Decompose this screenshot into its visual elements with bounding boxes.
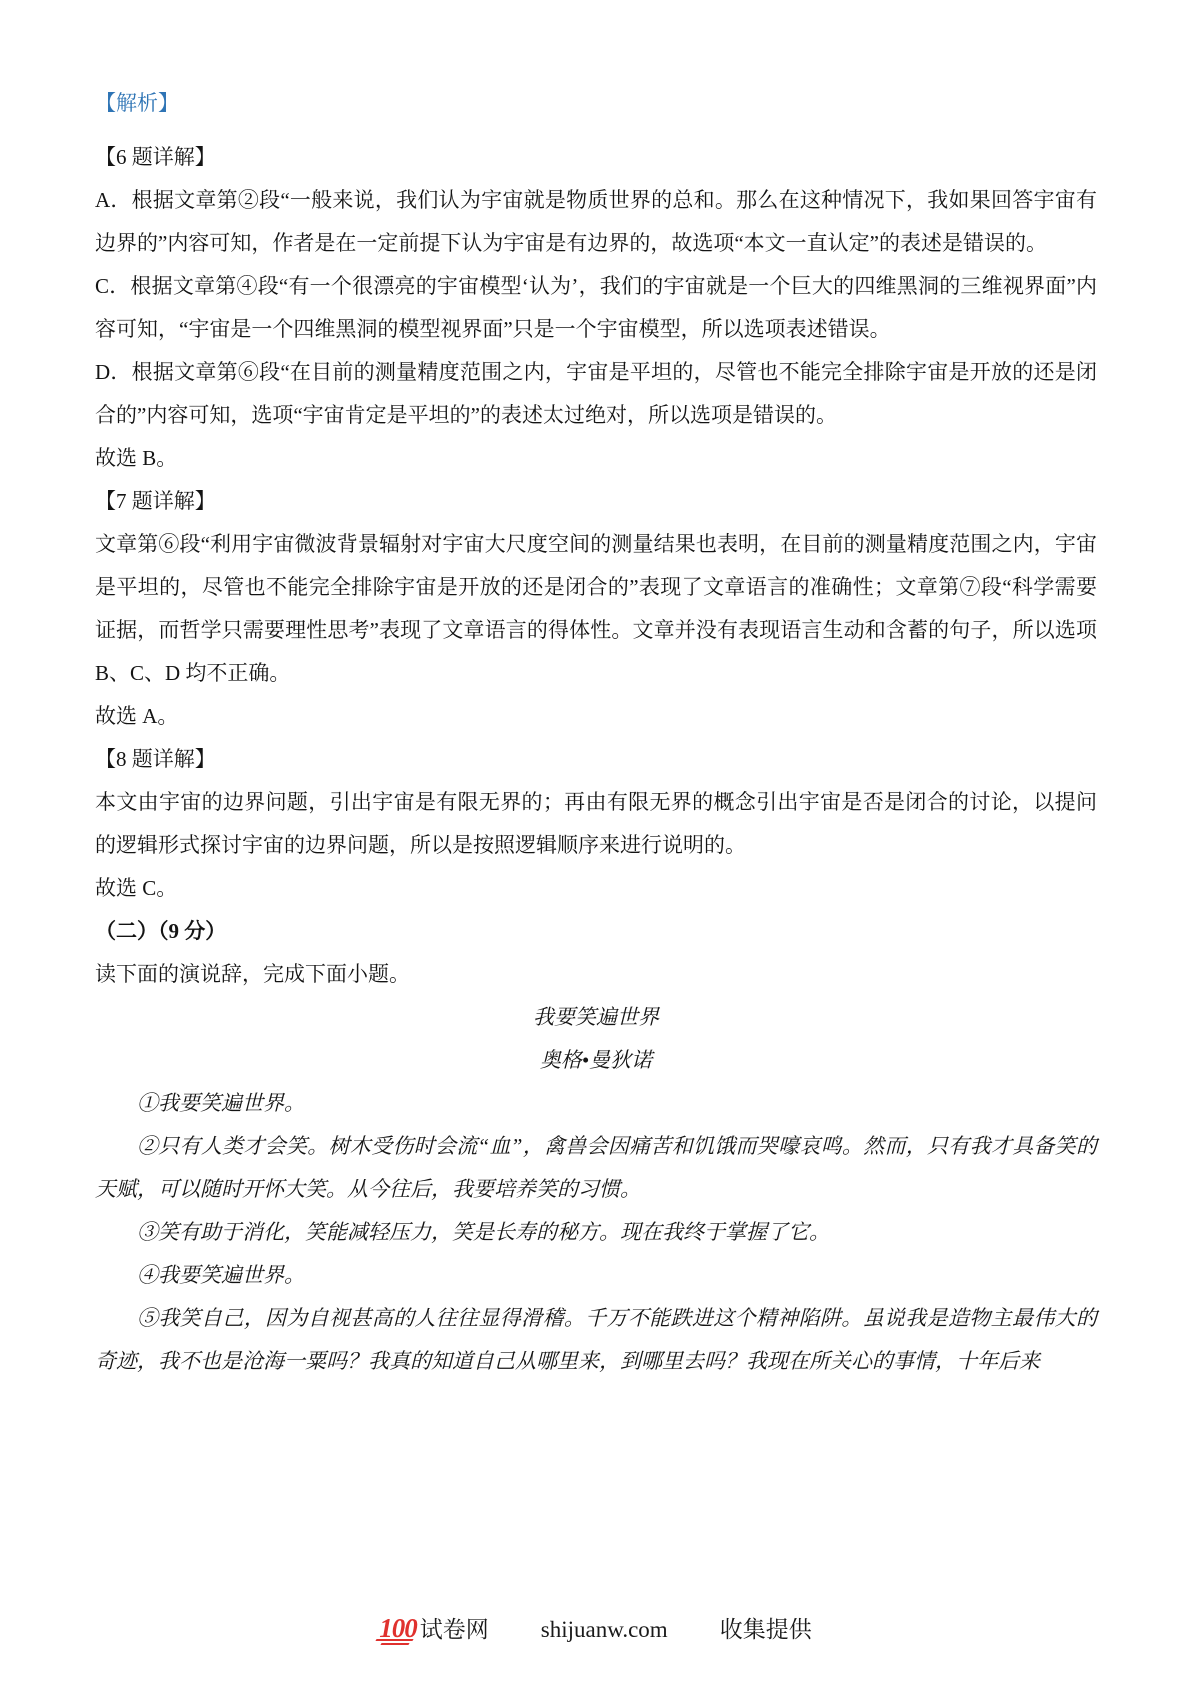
speech-title: 我要笑遍世界 [95, 996, 1097, 1039]
logo-site-name: 试卷网 [420, 1611, 489, 1644]
page-footer: 100 试卷网 shijuanw.com 收集提供 [0, 1611, 1191, 1644]
q6-paragraph-a: A．根据文章第②段“一般来说，我们认为宇宙就是物质世界的总和。那么在这种情况下，… [95, 179, 1097, 265]
speech-paragraph-5: ⑤我笑自己，因为自视甚高的人往往显得滑稽。千万不能跌进这个精神陷阱。虽说我是造物… [95, 1297, 1097, 1383]
document-content: 【解析】 【6 题详解】 A．根据文章第②段“一般来说，我们认为宇宙就是物质世界… [95, 82, 1097, 1383]
q6-paragraph-d: D．根据文章第⑥段“在目前的测量精度范围之内，宇宙是平坦的，尽管也不能完全排除宇… [95, 351, 1097, 437]
speech-author: 奥格•曼狄诺 [95, 1039, 1097, 1082]
site-domain: shijuanw.com [541, 1617, 668, 1643]
site-logo: 100 试卷网 [379, 1611, 489, 1644]
q7-heading: 【7 题详解】 [95, 480, 1097, 523]
speech-paragraph-4: ④我要笑遍世界。 [95, 1254, 1097, 1297]
section2-intro: 读下面的演说辞，完成下面小题。 [95, 953, 1097, 996]
section2-heading: （二）（9 分） [95, 910, 1097, 953]
speech-paragraph-3: ③笑有助于消化，笑能减轻压力，笑是长寿的秘方。现在我终于掌握了它。 [95, 1211, 1097, 1254]
q8-conclusion: 故选 C。 [95, 867, 1097, 910]
q8-heading: 【8 题详解】 [95, 738, 1097, 781]
q6-heading: 【6 题详解】 [95, 136, 1097, 179]
analysis-header: 【解析】 [95, 82, 1097, 125]
q7-paragraph: 文章第⑥段“利用宇宙微波背景辐射对宇宙大尺度空间的测量结果也表明，在目前的测量精… [95, 523, 1097, 695]
speech-paragraph-1: ①我要笑遍世界。 [95, 1082, 1097, 1125]
q6-conclusion: 故选 B。 [95, 437, 1097, 480]
document-page: 【解析】 【6 题详解】 A．根据文章第②段“一般来说，我们认为宇宙就是物质世界… [0, 0, 1191, 1684]
logo-100-mark: 100 [379, 1613, 420, 1644]
q8-paragraph: 本文由宇宙的边界问题，引出宇宙是有限无界的；再由有限无界的概念引出宇宙是否是闭合… [95, 781, 1097, 867]
q7-conclusion: 故选 A。 [95, 695, 1097, 738]
speech-paragraph-2: ②只有人类才会笑。树木受伤时会流“血”，禽兽会因痛苦和饥饿而哭嚎哀鸣。然而，只有… [95, 1125, 1097, 1211]
q6-paragraph-c: C．根据文章第④段“有一个很漂亮的宇宙模型‘认为’，我们的宇宙就是一个巨大的四维… [95, 265, 1097, 351]
footer-note: 收集提供 [720, 1611, 812, 1644]
